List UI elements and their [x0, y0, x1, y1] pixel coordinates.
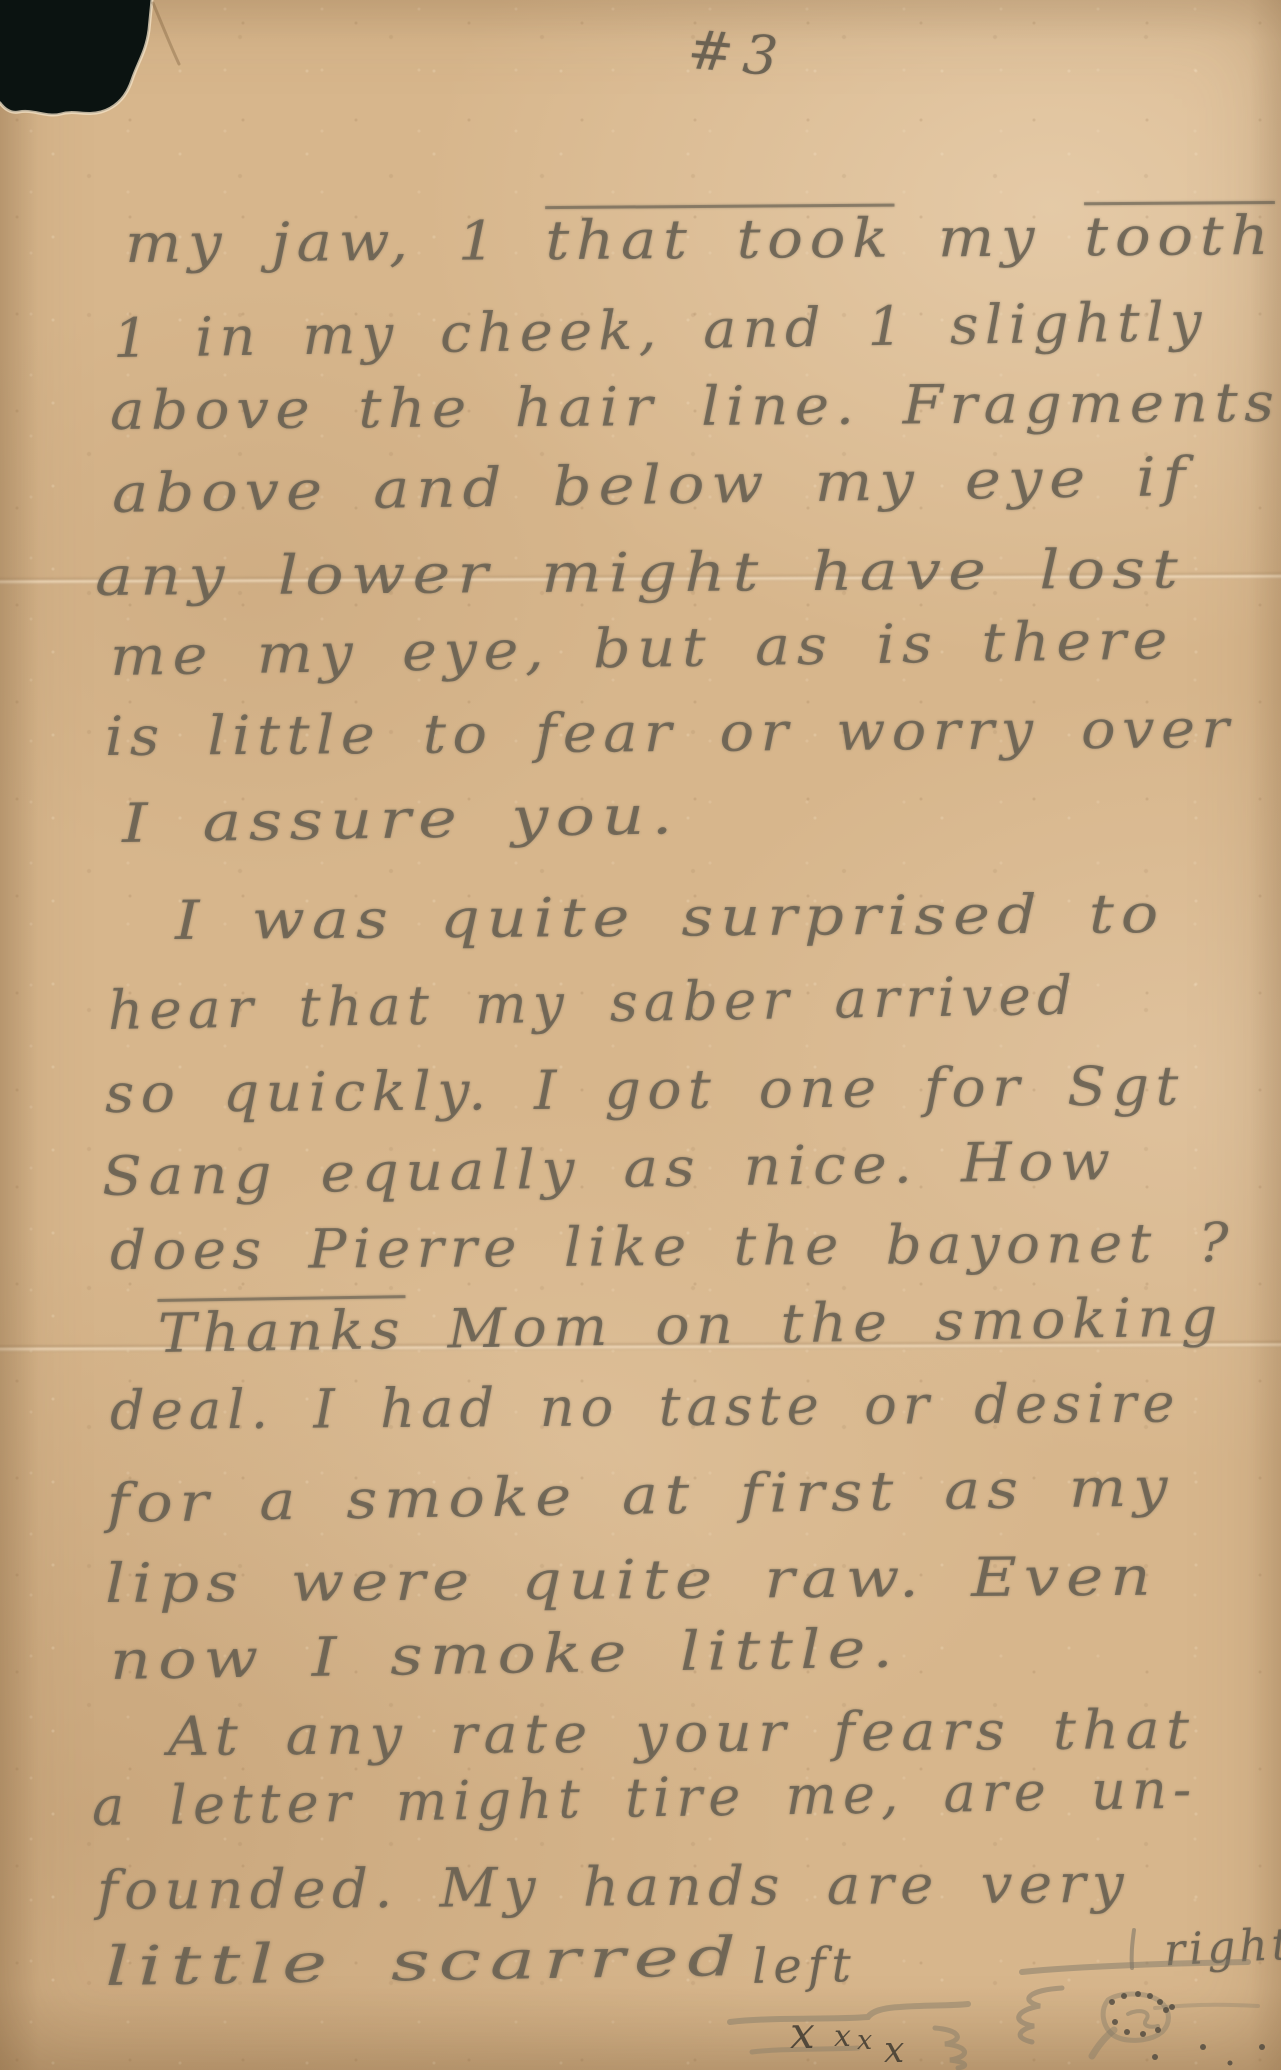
- left-hand-label: left: [752, 1937, 858, 1995]
- letter-line: hear that my saber arrived: [108, 964, 1079, 1042]
- scar-x-mark: x: [857, 2025, 872, 2056]
- letter-line-segment: Mom on the smoking: [405, 1285, 1224, 1361]
- letter-line-segment: 1 in my cheek, and 1 slightly: [113, 290, 1209, 370]
- letter-line-segment: a letter might tire me, are un-: [92, 1758, 1198, 1838]
- letter-line-segment: any lower might have lost: [95, 537, 1185, 608]
- torn-corner: [0, 0, 300, 200]
- letter-line: now I smoke little.: [110, 1617, 901, 1692]
- letter-line: me my eye, but as is there: [110, 608, 1175, 688]
- letter-line: is little to fear or worry over: [105, 697, 1236, 768]
- letter-line: lips were quite raw. Even: [105, 1545, 1158, 1615]
- letter-page: #3 my jaw, 1 that took my tooth1 in my c…: [0, 0, 1281, 2070]
- page-number: #3: [685, 18, 790, 89]
- scar-dots: [1109, 1991, 1265, 2066]
- letter-line-segment: Sang equally as nice. How: [102, 1129, 1118, 1208]
- letter-line: I assure you.: [122, 783, 680, 855]
- letter-line-segment: does Pierre like the bayonet ?: [110, 1211, 1235, 1282]
- letter-line: little scarred: [105, 1925, 745, 1998]
- letter-line: for a smoke at first as my: [107, 1455, 1175, 1535]
- letter-line-segment: is little to fear or worry over: [105, 697, 1236, 768]
- right-hand-label: right: [1163, 1919, 1281, 1977]
- letter-line: any lower might have lost: [95, 537, 1185, 608]
- scar-x-mark: x: [884, 2030, 904, 2070]
- letter-line: so quickly. I got one for Sgt: [105, 1054, 1185, 1125]
- letter-line-segment: for a smoke at first as my: [107, 1455, 1175, 1535]
- letter-line-segment: my: [894, 205, 1084, 269]
- letter-line-segment: deal. I had no taste or desire: [110, 1372, 1181, 1442]
- letter-line: founded. My hands are very: [97, 1852, 1130, 1922]
- letter-line-segment: that took: [545, 207, 895, 272]
- letter-line: my jaw, 1 that took my tooth: [125, 204, 1276, 275]
- letter-line: Thanks Mom on the smoking: [158, 1285, 1225, 1365]
- letter-line-segment: I was quite surprised to: [175, 882, 1166, 952]
- scar-x-mark: x: [790, 2008, 815, 2059]
- letter-line-segment: hear that my saber arrived: [108, 964, 1079, 1042]
- letter-line: deal. I had no taste or desire: [110, 1372, 1181, 1442]
- letter-line-segment: I assure you.: [122, 783, 680, 855]
- letter-line: Sang equally as nice. How: [102, 1129, 1118, 1208]
- letter-line-segment: tooth: [1084, 204, 1275, 268]
- letter-line: does Pierre like the bayonet ?: [110, 1211, 1235, 1282]
- letter-line-segment: little scarred: [105, 1925, 745, 1998]
- letter-line-segment: my jaw, 1: [125, 209, 546, 275]
- letter-line-segment: founded. My hands are very: [97, 1852, 1130, 1922]
- letter-line: above the hair line. Fragments: [110, 371, 1281, 442]
- letter-line: a letter might tire me, are un-: [92, 1758, 1198, 1838]
- letter-line: I was quite surprised to: [175, 882, 1166, 952]
- letter-line-segment: At any rate your fears that: [168, 1698, 1196, 1768]
- letter-line-segment: Thanks: [158, 1298, 407, 1365]
- scar-x-mark: x: [834, 2019, 851, 2054]
- letter-line-segment: above and below my eye if: [112, 445, 1193, 525]
- letter-line-segment: me my eye, but as is there: [110, 608, 1175, 688]
- letter-line: At any rate your fears that: [168, 1698, 1196, 1768]
- scar-x-marks: xxxx: [790, 2008, 904, 2070]
- letter-line-segment: above the hair line. Fragments: [110, 371, 1281, 442]
- letter-line: 1 in my cheek, and 1 slightly: [113, 290, 1209, 370]
- letter-line-segment: now I smoke little.: [110, 1617, 901, 1692]
- letter-line: above and below my eye if: [112, 445, 1193, 525]
- letter-line-segment: so quickly. I got one for Sgt: [105, 1054, 1185, 1125]
- letter-line-segment: lips were quite raw. Even: [105, 1545, 1158, 1615]
